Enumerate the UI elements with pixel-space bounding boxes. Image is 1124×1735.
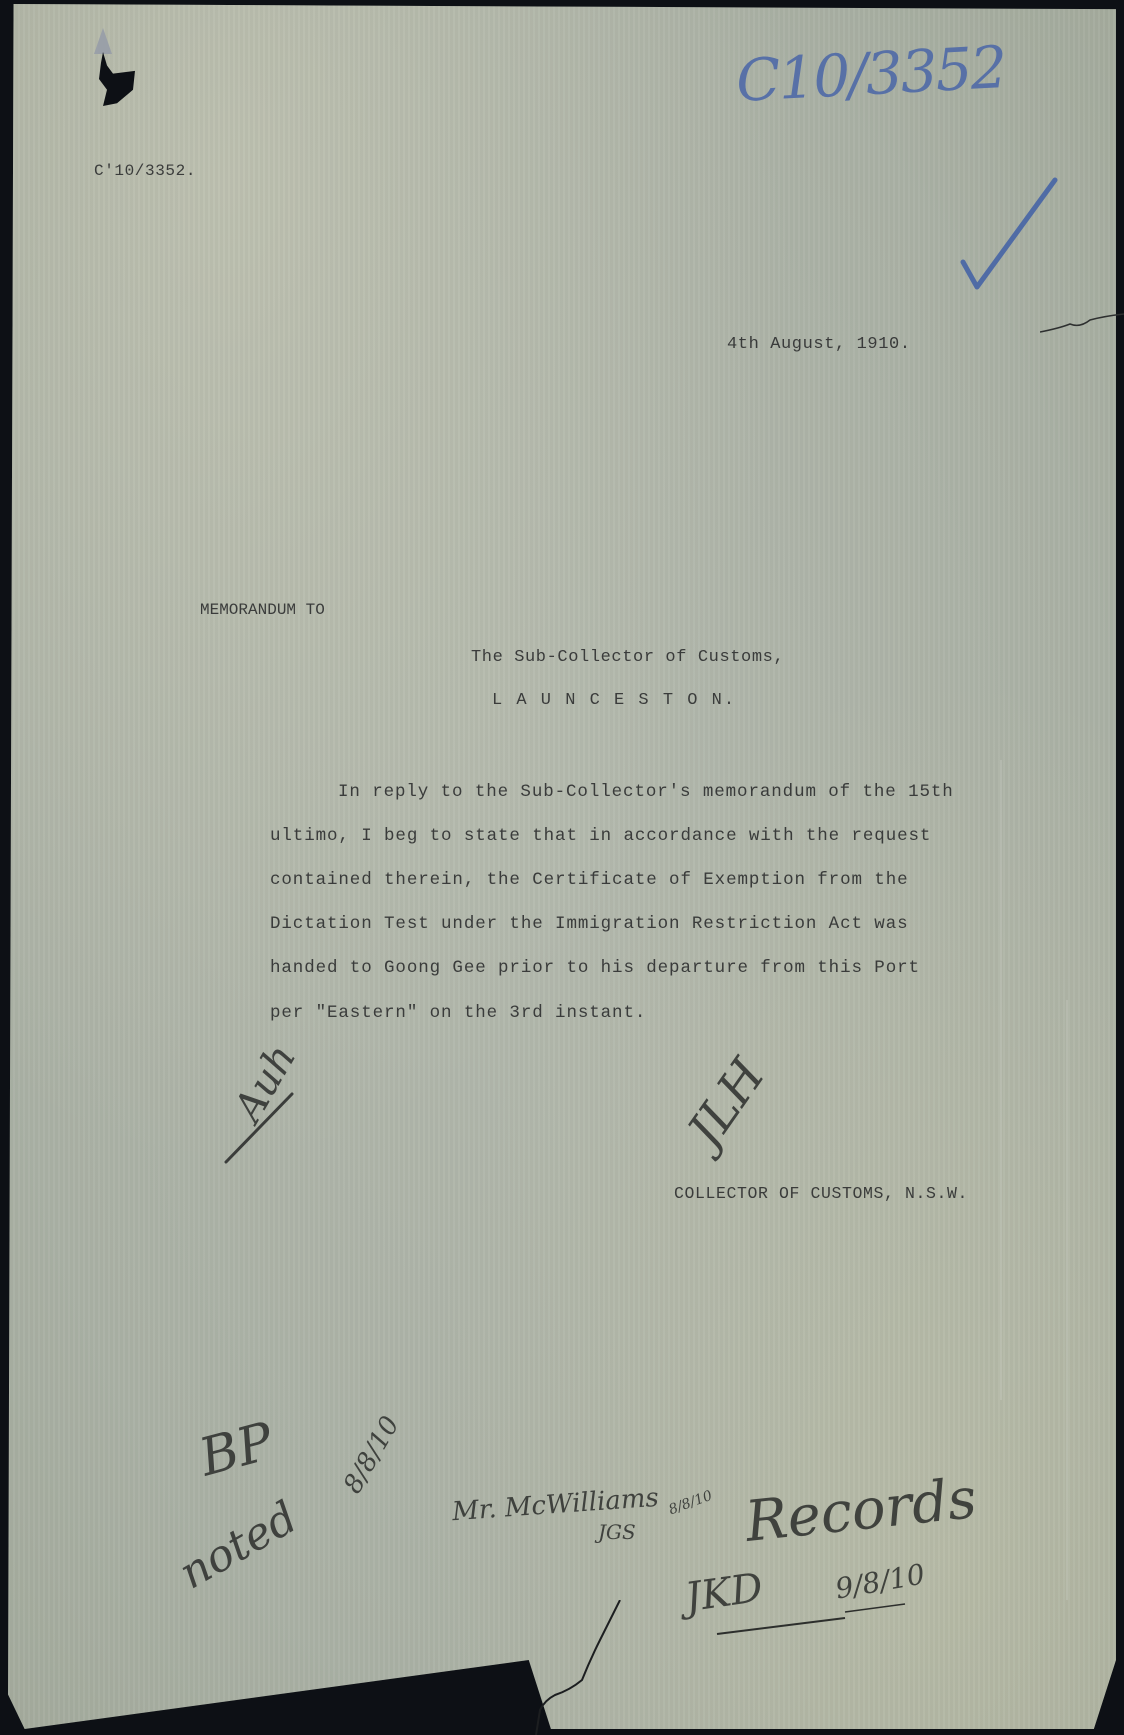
paper-crease xyxy=(1000,760,1002,1400)
check-mark-icon xyxy=(955,172,1065,292)
initials-underline xyxy=(222,1090,302,1170)
addressee-line-2: L A U N C E S T O N. xyxy=(492,691,736,710)
handwritten-file-reference: C10/3352 xyxy=(734,33,1007,115)
addressee-line-1: The Sub-Collector of Customs, xyxy=(471,648,784,667)
annotation-initials-mid: JGS xyxy=(598,1520,636,1544)
body-line-5: handed to Goong Gee prior to his departu… xyxy=(270,958,920,978)
body-line-2: ultimo, I beg to state that in accordanc… xyxy=(270,826,931,846)
body-line-3: contained therein, the Certificate of Ex… xyxy=(270,870,909,890)
paper-crease xyxy=(1066,1000,1068,1600)
body-line-4: Dictation Test under the Immigration Res… xyxy=(270,914,909,934)
letter-date: 4th August, 1910. xyxy=(727,335,911,354)
records-underline xyxy=(715,1600,915,1640)
typed-file-reference: C'10/3352. xyxy=(94,162,196,180)
memo-heading: MEMORANDUM TO xyxy=(200,601,325,619)
paper-crack xyxy=(500,1600,630,1735)
paper-tear-mark xyxy=(1040,310,1124,340)
body-line-1: In reply to the Sub-Collector's memorand… xyxy=(338,782,954,802)
body-line-6: per "Eastern" on the 3rd instant. xyxy=(270,1003,646,1023)
signatory-title: COLLECTOR OF CUSTOMS, N.S.W. xyxy=(674,1184,968,1203)
